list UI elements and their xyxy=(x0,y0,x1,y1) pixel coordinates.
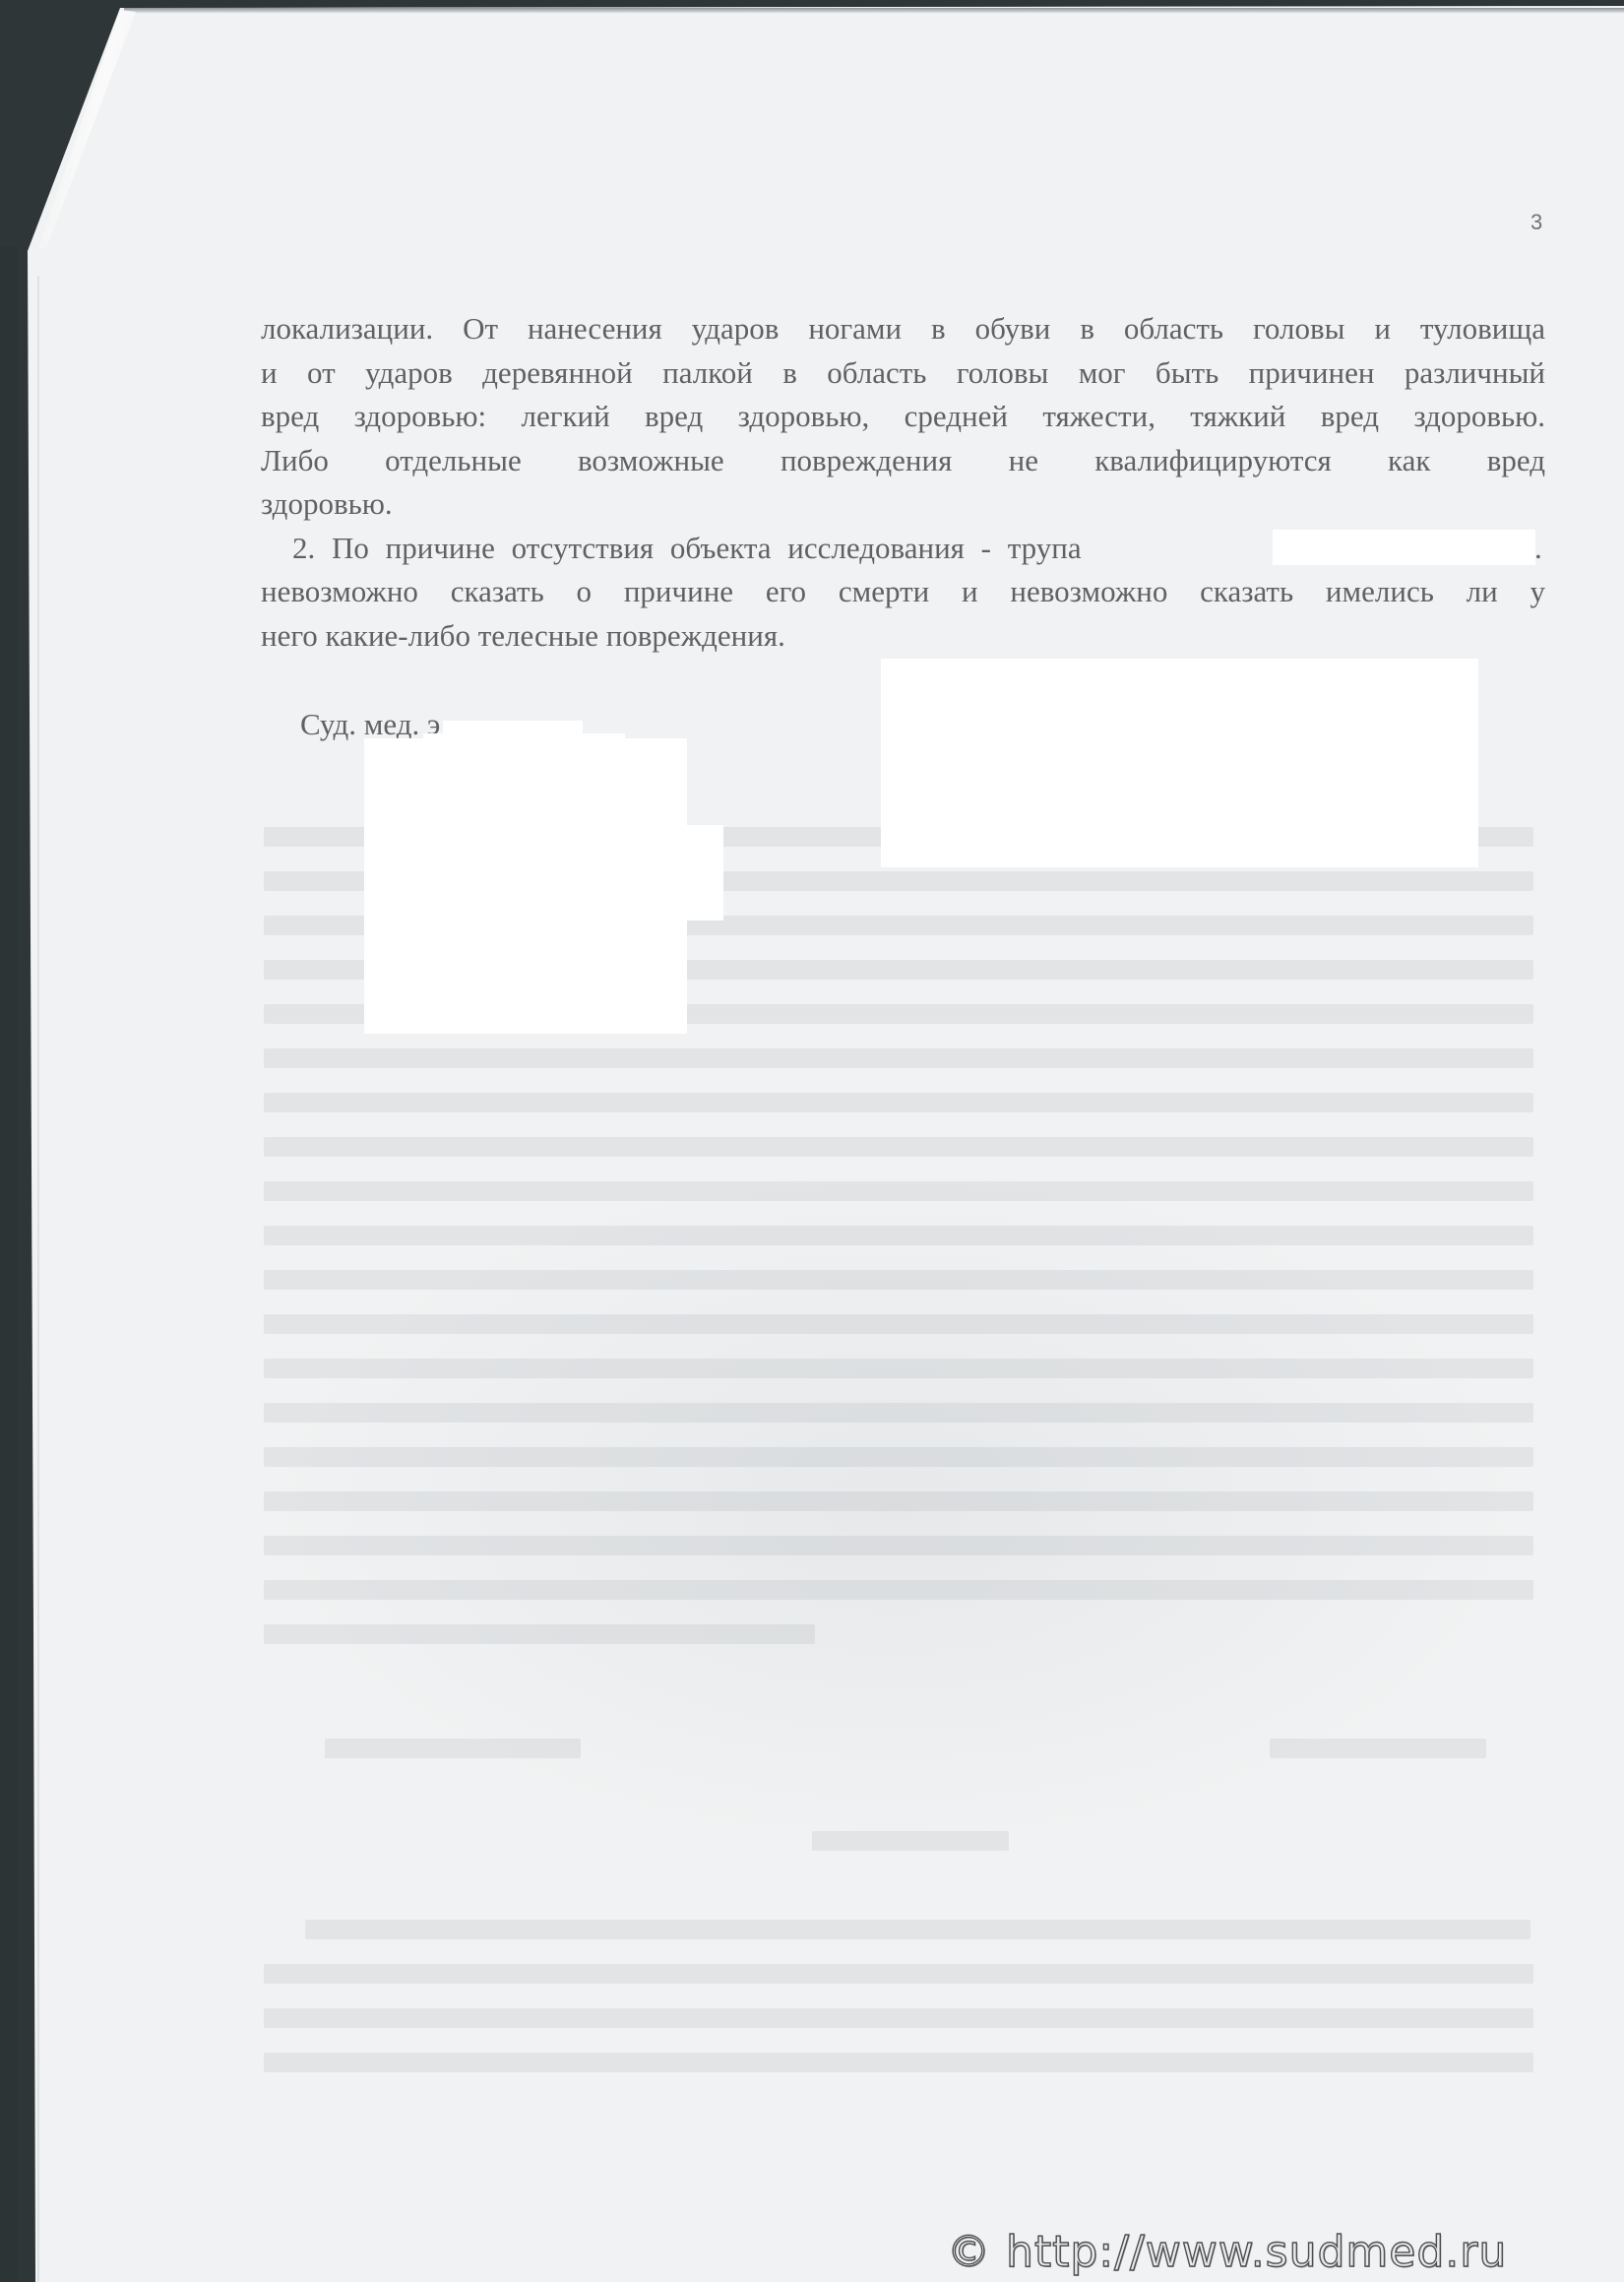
text-segment: 2. По причине отсутствия объекта исследо… xyxy=(292,531,1082,565)
conclusion-paragraph-1: локализации. От нанесения ударов ногами … xyxy=(261,307,1545,527)
text-line: Либо отдельные возможные повреждения не … xyxy=(261,439,1545,483)
redaction-box-stamp xyxy=(364,738,687,1034)
text-line: невозможно сказать о причине его смерти … xyxy=(261,570,1545,614)
document-body: локализации. От нанесения ударов ногами … xyxy=(261,307,1545,658)
paper-top-edge xyxy=(124,8,1624,13)
redaction-box-stamp xyxy=(687,825,723,920)
redaction-box-name xyxy=(1273,530,1535,565)
scanner-background xyxy=(0,246,18,2282)
text-line: вред здоровью: легкий вред здоровью, сре… xyxy=(261,395,1545,439)
paper-fold-line xyxy=(37,276,39,2282)
text-line: и от ударов деревянной палкой в область … xyxy=(261,351,1545,396)
signature-line: Суд. мед. э xyxy=(300,707,440,742)
text-line: здоровью. xyxy=(261,482,1545,527)
text-line: него какие-либо телесные повреждения. xyxy=(261,614,1545,659)
watermark-copyright: © http://www.sudmed.ru xyxy=(947,2227,1507,2277)
text-line: локализации. От нанесения ударов ногами … xyxy=(261,307,1545,351)
page-number: 3 xyxy=(1530,210,1542,235)
redaction-box-signature-area xyxy=(881,659,1478,867)
